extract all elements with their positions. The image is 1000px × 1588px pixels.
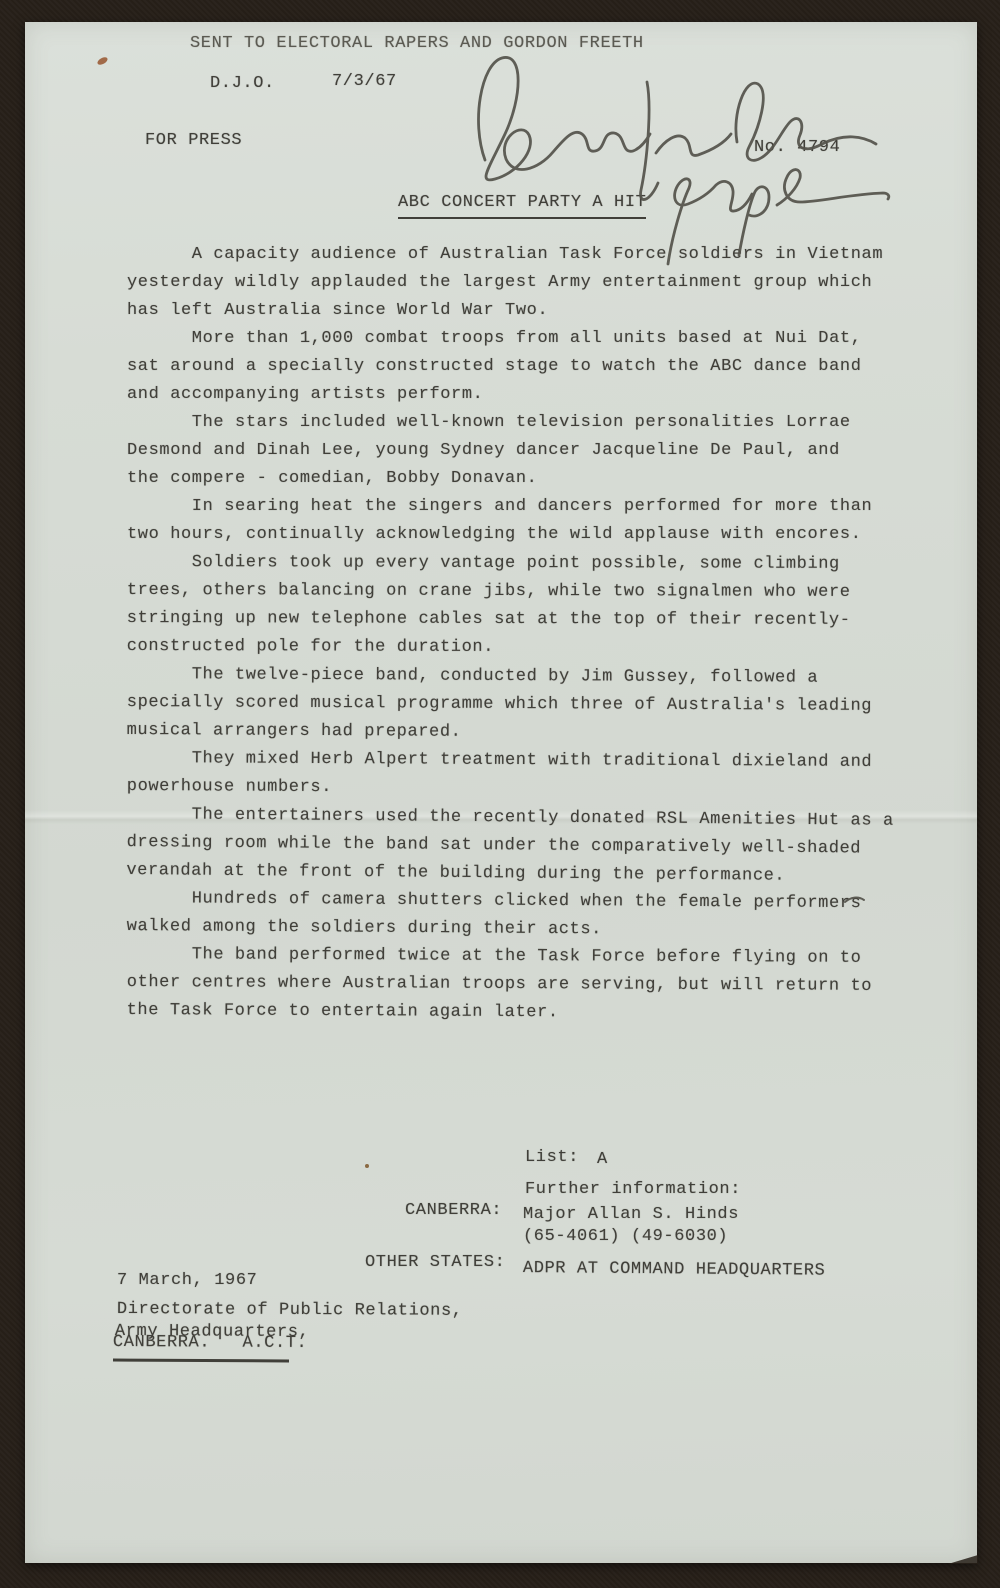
- canberra-label: CANBERRA:: [405, 1201, 502, 1221]
- org-underline: [113, 1359, 289, 1362]
- paragraph: The band performed twice at the Task For…: [127, 941, 917, 1029]
- paragraph: In searing heat the singers and dancers …: [127, 493, 917, 549]
- other-states-label: OTHER STATES:: [365, 1253, 505, 1273]
- date-code: 7/3/67: [332, 72, 397, 92]
- body-line: Soldiers took up every vantage point pos…: [127, 549, 917, 579]
- paragraph: They mixed Herb Alpert treatment with tr…: [127, 745, 917, 805]
- body-line: The stars included well-known television…: [127, 409, 917, 437]
- canberra-phone-numbers: (65-4061) (49-6030): [523, 1227, 728, 1247]
- body-line: specially scored musical programme which…: [127, 689, 917, 721]
- document-title: ABC CONCERT PARTY A HIT: [398, 193, 646, 219]
- press-release-number: No. 4794: [754, 138, 840, 158]
- body-line: the Task Force to entertain again later.: [127, 997, 917, 1029]
- paragraph: The entertainers used the recently donat…: [126, 801, 917, 892]
- stamp-line: SENT TO ELECTORAL RAPERS AND GORDON FREE…: [190, 34, 644, 54]
- for-press-label: FOR PRESS: [145, 131, 242, 151]
- body-line: and accompanying artists perform.: [127, 381, 917, 409]
- body-line: two hours, continually acknowledging the…: [127, 521, 917, 549]
- canberra-contact-name: Major Allan S. Hinds: [523, 1205, 739, 1225]
- body-line: sat around a specially constructed stage…: [127, 353, 917, 381]
- body-line: The band performed twice at the Task For…: [127, 941, 917, 973]
- body-line: other centres where Australian troops ar…: [127, 969, 917, 1001]
- list-label: List:: [525, 1148, 579, 1168]
- body-line: the compere - comedian, Bobby Donavan.: [127, 465, 917, 493]
- body-line: musical arrangers had prepared.: [127, 717, 917, 749]
- paragraph: The stars included well-known television…: [127, 409, 917, 493]
- org-line-canberra: CANBERRA. A.C.T.: [113, 1333, 308, 1354]
- paragraph: More than 1,000 combat troops from all u…: [127, 325, 917, 409]
- corner-chip: [948, 1555, 978, 1564]
- body-line: powerhouse numbers.: [127, 773, 917, 805]
- document-sheet: SENT TO ELECTORAL RAPERS AND GORDON FREE…: [25, 22, 977, 1563]
- paragraph: A capacity audience of Australian Task F…: [127, 241, 917, 325]
- reference-code: D.J.O.: [210, 74, 275, 94]
- body-line: Desmond and Dinah Lee, young Sydney danc…: [127, 437, 917, 465]
- further-information-label: Further information:: [525, 1180, 741, 1200]
- paragraph: The twelve-piece band, conducted by Jim …: [127, 661, 917, 749]
- paragraph: Hundreds of camera shutters clicked when…: [127, 885, 917, 947]
- body-line: yesterday wildly applauded the largest A…: [127, 269, 917, 297]
- body-line: trees, others balancing on crane jibs, w…: [127, 577, 917, 607]
- body-line: They mixed Herb Alpert treatment with tr…: [127, 745, 917, 777]
- body-line: has left Australia since World War Two.: [127, 297, 917, 325]
- paper-speck: [365, 1164, 369, 1168]
- other-states-contact: ADPR AT COMMAND HEADQUARTERS: [523, 1259, 826, 1282]
- ink-speck: [96, 56, 109, 66]
- org-line-directorate: Directorate of Public Relations,: [117, 1300, 463, 1322]
- handwriting-word1-stroke: [479, 57, 650, 179]
- list-value: A: [597, 1150, 608, 1170]
- body-text: A capacity audience of Australian Task F…: [127, 241, 917, 1025]
- body-line: constructed pole for the duration.: [127, 633, 917, 663]
- body-line: The twelve-piece band, conducted by Jim …: [127, 661, 917, 693]
- body-line: stringing up new telephone cables sat at…: [127, 605, 917, 635]
- body-line: In searing heat the singers and dancers …: [127, 493, 917, 521]
- handwriting-tall-stroke: [641, 82, 658, 200]
- paragraph: Soldiers took up every vantage point pos…: [127, 549, 917, 663]
- scan-backing: { "colors":{ "backing":"#272019", "paper…: [0, 0, 1000, 1588]
- body-line: More than 1,000 combat troops from all u…: [127, 325, 917, 353]
- body-line: A capacity audience of Australian Task F…: [127, 241, 917, 269]
- release-date: 7 March, 1967: [117, 1271, 257, 1291]
